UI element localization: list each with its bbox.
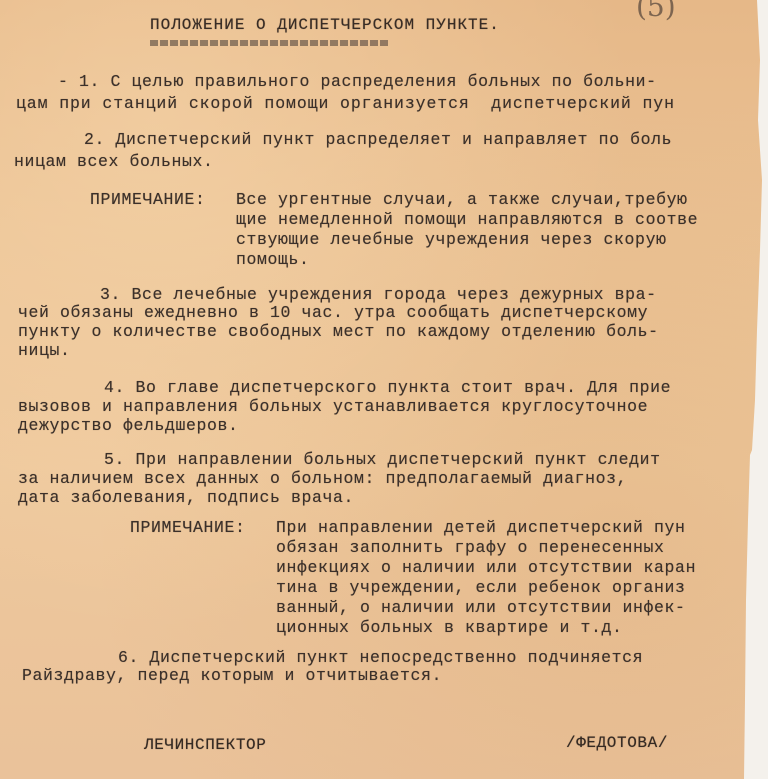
paragraph-3-line-4: ницы. <box>18 341 71 361</box>
paragraph-4-line-2: вызовов и направления больных устанавлив… <box>18 397 648 417</box>
title-underline <box>150 40 390 46</box>
note-1-line-4: помощь. <box>236 250 310 270</box>
paragraph-2-line-2: ницам всех больных. <box>14 152 214 172</box>
note-1-line-2: щие немедленной помощи направляются в со… <box>236 210 698 230</box>
paragraph-3-line-1: 3. Все лечебные учреждения города через … <box>100 285 657 305</box>
note-2-line-5: ванный, о наличии или отсутствии инфек- <box>276 598 686 618</box>
note-2-label: ПРИМЕЧАНИЕ: <box>130 518 246 538</box>
paragraph-6-line-2: Райздраву, перед которым и отчитывается. <box>22 666 442 686</box>
paragraph-5-line-1: 5. При направлении больных диспетчерский… <box>104 450 661 470</box>
document-title: ПОЛОЖЕНИЕ О ДИСПЕТЧЕРСКОМ ПУНКТЕ. <box>150 16 500 34</box>
paragraph-3-line-3: пункту о количестве свободных мест по ка… <box>18 322 659 342</box>
paragraph-3-line-2: чей обязаны ежедневно в 10 час. утра соо… <box>18 303 648 323</box>
note-2-line-6: ционных больных в квартире и т.д. <box>276 618 623 638</box>
paragraph-6-line-1: 6. Диспетчерский пункт непосредственно п… <box>118 648 643 668</box>
paragraph-4-line-3: дежурство фельдшеров. <box>18 416 239 436</box>
archive-page-number: (5) <box>636 0 676 23</box>
paragraph-2-line-1: 2. Диспетчерский пункт распределяет и на… <box>84 130 672 150</box>
paragraph-5-line-2: за наличием всех данных о больном: предп… <box>18 469 627 489</box>
note-1-line-3: ствующие лечебные учреждения через скору… <box>236 230 667 250</box>
paragraph-1-line-2: цам при станций скорой помощи организует… <box>16 94 675 114</box>
note-2-line-4: тина в учреждении, если ребенок организ <box>276 578 686 598</box>
paragraph-4-line-1: 4. Во главе диспетчерского пункта стоит … <box>104 378 671 398</box>
note-1-label: ПРИМЕЧАНИЕ: <box>90 190 206 210</box>
paragraph-5-line-3: дата заболевания, подпись врача. <box>18 488 354 508</box>
signatory-position: ЛЕЧИНСПЕКТОР <box>144 736 266 754</box>
note-2-line-1: При направлении детей диспетчерский пун <box>276 518 686 538</box>
note-2-line-2: обязан заполнить графу о перенесенных <box>276 538 665 558</box>
note-2-line-3: инфекциях о наличии или отсутствии каран <box>276 558 696 578</box>
paragraph-1-line-1: - 1. С целью правильного распределения б… <box>58 72 657 92</box>
note-1-line-1: Все ургентные случаи, а также случаи,тре… <box>236 190 688 210</box>
signatory-name: /ФЕДОТОВА/ <box>566 734 668 752</box>
document-page: (5) ПОЛОЖЕНИЕ О ДИСПЕТЧЕРСКОМ ПУНКТЕ. - … <box>0 0 768 779</box>
